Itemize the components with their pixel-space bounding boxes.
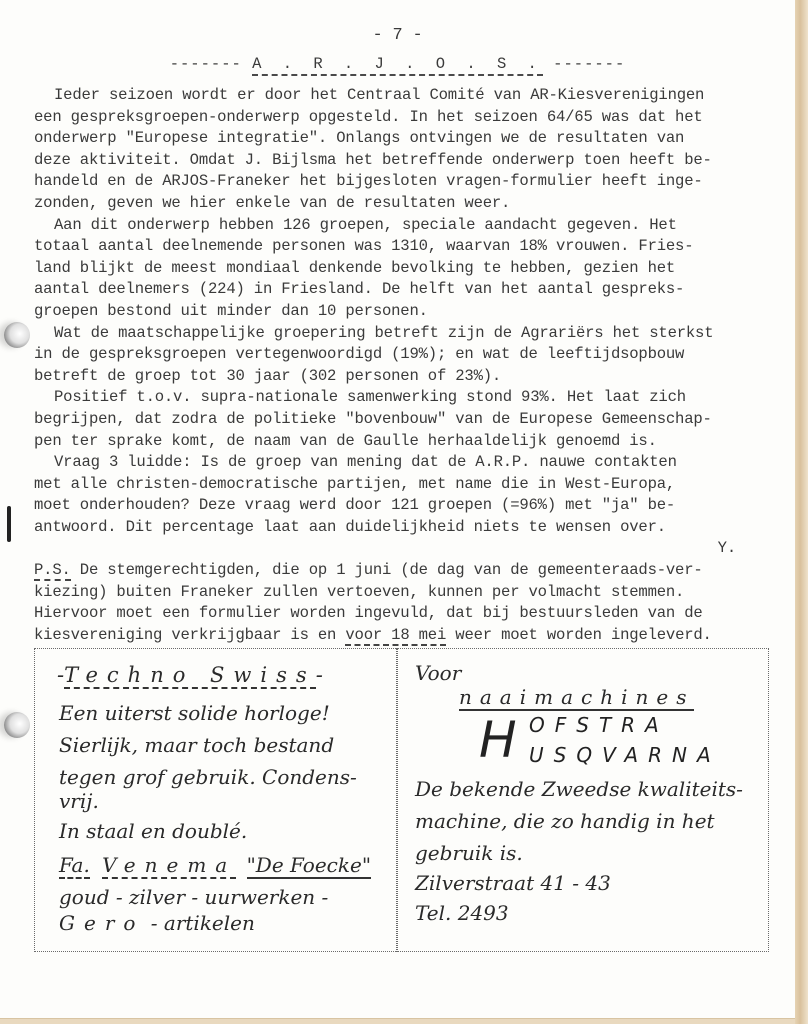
article-line: Aan dit onderwerp hebben 126 groepen, sp… <box>34 215 774 237</box>
brand-husqvarna: USQVARNA <box>529 743 721 767</box>
ad-left-line-3: tegen grof gebruik. Condens- <box>59 765 357 789</box>
shop-alias: "De Foecke" <box>247 853 371 879</box>
article-heading: ------- A . R . J . O . S . ------- <box>0 55 795 73</box>
scanned-page: - 7 - ------- A . R . J . O . S . ------… <box>0 0 796 1019</box>
ad-left-title: -Techno Swiss- <box>57 663 323 687</box>
article-line: aantal deelnemers (224) in Friesland. De… <box>34 279 774 301</box>
ad-right-line-3: gebruik is. <box>415 841 523 865</box>
article-line: deze aktiviteit. Omdat J. Bijlsma het be… <box>34 150 774 172</box>
article-line: handeld en de ARJOS-Franeker het bijgesl… <box>34 171 774 193</box>
article-line: een gespreksgroepen-onderwerp opgesteld.… <box>34 107 774 129</box>
postscript-line-1: P.S. De stemgerechtigden, die op 1 juni … <box>34 560 774 582</box>
brand-gero: Gero <box>59 911 144 935</box>
brand-techno-swiss: Techno Swiss <box>64 663 316 689</box>
article-line: begrijpen, dat zodra de politieke "boven… <box>34 409 774 431</box>
article-line: zonden, geven we hier enkele van de resu… <box>34 193 774 215</box>
page-edge <box>795 0 808 1024</box>
ad-left-line-1: Een uiterst solide horloge! <box>59 701 330 725</box>
heading-title: A . R . J . O . S . <box>252 55 543 76</box>
article-line: betreft de groep tot 30 jaar (302 person… <box>34 366 774 388</box>
shop-name: Venema <box>102 853 236 879</box>
article-line: Ieder seizoen wordt er door het Centraal… <box>34 85 774 107</box>
article-lines: Ieder seizoen wordt er door het Centraal… <box>34 85 774 538</box>
binder-hole-icon <box>4 712 30 738</box>
article-line: Vraag 3 luidde: Is de groep van mening d… <box>34 452 774 474</box>
shop-prefix: Fa. <box>59 853 90 879</box>
ad-left-line-4: vrij. <box>59 789 99 813</box>
article-line: in de gespreksgroepen vertegenwoordigd (… <box>34 344 774 366</box>
article-line: antwoord. Dit percentage laat aan duidel… <box>34 517 774 539</box>
article-line: pen ter sprake komt, de naam van de Gaul… <box>34 431 774 453</box>
hofstra-husqvarna-logo-h: H <box>479 711 517 769</box>
ad-right-phone: Tel. 2493 <box>415 901 509 925</box>
heading-rule-left: ------- <box>170 55 242 73</box>
ad-left-line-5: In staal en doublé. <box>59 819 247 843</box>
ad-left-products: goud - zilver - uurwerken - <box>59 885 328 909</box>
article-line: onderwerp "Europese integratie". Onlangs… <box>34 128 774 150</box>
ad-left-shop: Fa. Venema "De Foecke" <box>59 853 371 877</box>
heading-rule-right: ------- <box>553 55 625 73</box>
ad-right-address: Zilverstraat 41 - 43 <box>415 871 611 895</box>
article-line: groepen bestond uit minder dan 10 person… <box>34 301 774 323</box>
ad-right-intro: Voor <box>415 661 461 685</box>
signature: Y. <box>34 538 774 560</box>
advertisements: -Techno Swiss- Een uiterst solide horlog… <box>34 648 769 953</box>
ad-right-product: naaimachines <box>459 685 694 711</box>
postscript-label: P.S. <box>34 561 71 581</box>
ad-hofstra-husqvarna: Voor naaimachines H OFSTRA USQVARNA De b… <box>396 648 769 952</box>
article-line: totaal aantal deelnemende personen was 1… <box>34 236 774 258</box>
deadline-underlined: voor 18 mei <box>345 626 446 646</box>
postscript-line-4: kiesvereniging verkrijgbaar is en voor 1… <box>34 625 774 647</box>
article-body: Ieder seizoen wordt er door het Centraal… <box>34 85 774 646</box>
ad-left-line-2: Sierlijk, maar toch bestand <box>59 733 334 757</box>
article-line: met alle christen-democratische partijen… <box>34 474 774 496</box>
ad-techno-swiss: -Techno Swiss- Een uiterst solide horlog… <box>34 648 398 952</box>
article-line: Wat de maatschappelijke groepering betre… <box>34 323 774 345</box>
page-number: - 7 - <box>0 26 795 45</box>
binder-hole-icon <box>4 322 30 348</box>
postscript-line-3: Hiervoor moet een formulier worden ingev… <box>34 603 774 625</box>
binder-tear-mark <box>7 506 11 542</box>
brand-hofstra: OFSTRA <box>529 713 669 737</box>
ad-right-line-1: De bekende Zweedse kwaliteits- <box>415 777 743 801</box>
postscript-line-2: kiezing) buiten Franeker zullen vertoeve… <box>34 582 774 604</box>
ad-right-line-2: machine, die zo handig in het <box>415 809 715 833</box>
article-line: Positief t.o.v. supra-nationale samenwer… <box>34 387 774 409</box>
ad-left-gero: Gero - artikelen <box>59 911 255 935</box>
article-line: moet onderhouden? Deze vraag werd door 1… <box>34 495 774 517</box>
article-line: land blijkt de meest mondiaal denkende b… <box>34 258 774 280</box>
